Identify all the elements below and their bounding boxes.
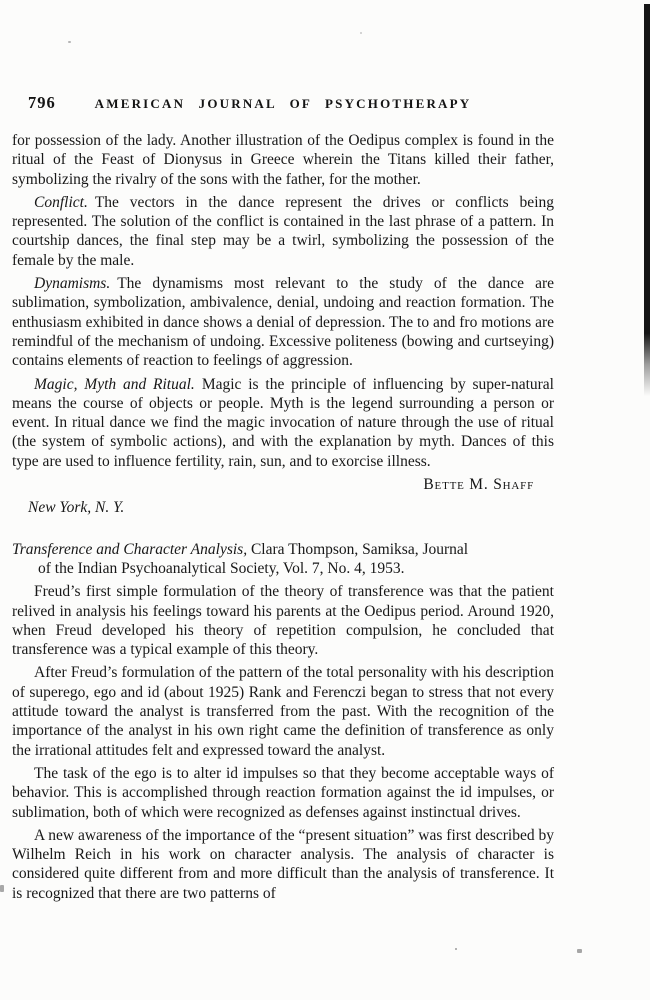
abstract-author-location: New York, N. Y. <box>12 498 554 517</box>
journal-page-scan: 796 AMERICAN JOURNAL OF PSYCHOTHERAPY fo… <box>0 0 650 1000</box>
scan-speck <box>0 885 4 892</box>
scan-speck <box>68 41 71 43</box>
paragraph-text: for possession of the lady. Another illu… <box>12 132 554 188</box>
abstract-dance-paragraph-dynamisms: Dynamisms.The dynamisms most relevant to… <box>12 274 554 370</box>
abstract-dance-paragraph-magic-myth-ritual: Magic, Myth and Ritual.Magic is the prin… <box>12 375 554 471</box>
paragraph-text: The vectors in the dance represent the d… <box>12 194 554 269</box>
abstract-author-signature: Bette M. Shaff <box>12 475 554 494</box>
reference-authors-journal: Clara Thompson, Samiksa, Journal <box>251 541 468 558</box>
scan-edge-artifact <box>644 4 650 396</box>
paragraph-lead-italic: Conflict. <box>34 194 88 211</box>
scan-speck <box>455 948 457 950</box>
scan-speck <box>360 32 362 34</box>
paragraph-text: After Freud’s formulation of the pattern… <box>12 664 554 758</box>
abstract-dance-paragraph-continuation: for possession of the lady. Another illu… <box>12 131 554 189</box>
paragraph-lead-italic: Dynamisms. <box>34 275 110 292</box>
page-body-text: for possession of the lady. Another illu… <box>12 131 554 907</box>
journal-running-head: AMERICAN JOURNAL OF PSYCHOTHERAPY <box>12 96 554 112</box>
reference-journal-volume: of the Indian Psychoanalytical Society, … <box>38 560 405 577</box>
paragraph-text: The task of the ego is to alter id impul… <box>12 765 554 821</box>
reference-title-italic: Transference and Character Analysis, <box>12 541 247 558</box>
abstract-reference-citation: Transference and Character Analysis, Cla… <box>12 540 554 579</box>
paragraph-text: Freud’s first simple formulation of the … <box>12 583 554 658</box>
abstract-dance-paragraph-conflict: Conflict.The vectors in the dance repres… <box>12 193 554 270</box>
abstract-transference-paragraph-3: The task of the ego is to alter id impul… <box>12 764 554 822</box>
paragraph-text: A new awareness of the importance of the… <box>12 827 554 902</box>
scan-speck <box>577 949 582 953</box>
paragraph-lead-italic: Magic, Myth and Ritual. <box>34 376 195 393</box>
abstract-transference-paragraph-4: A new awareness of the importance of the… <box>12 826 554 903</box>
abstract-transference-paragraph-1: Freud’s first simple formulation of the … <box>12 582 554 659</box>
abstract-transference-paragraph-2: After Freud’s formulation of the pattern… <box>12 663 554 759</box>
